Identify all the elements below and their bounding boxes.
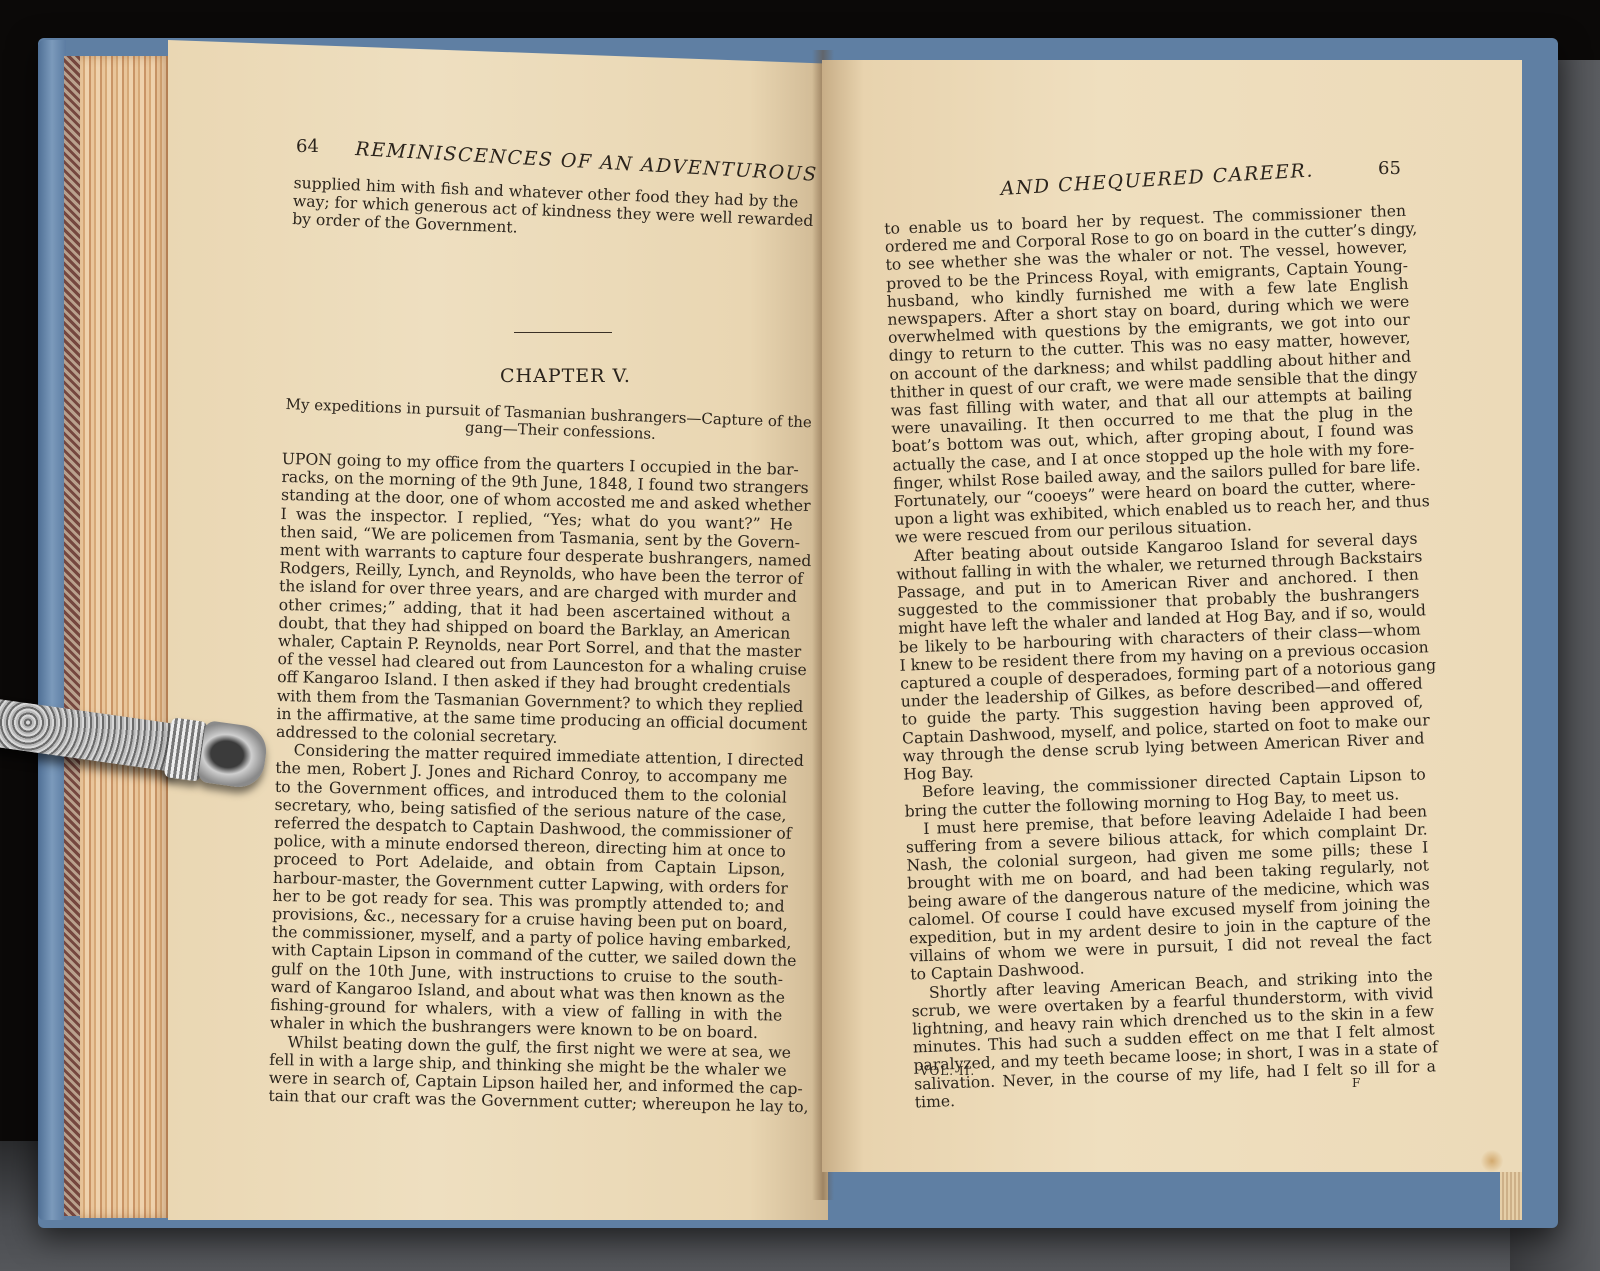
right-page: AND CHEQUERED CAREER. 65 to enable us to… (822, 60, 1522, 1172)
bookmark-engraved-shaft (0, 698, 181, 772)
page-number-left: 64 (296, 136, 319, 157)
running-head-right: AND CHEQUERED CAREER. (1000, 159, 1314, 200)
chapter-summary: My expeditions in pursuit of Tasmanian b… (285, 396, 812, 448)
left-page: 64 REMINISCENCES OF AN ADVENTUROUS suppl… (168, 40, 828, 1220)
foxing-stain (1480, 1150, 1504, 1172)
signature-mark: F (1352, 1076, 1361, 1090)
section-rule (514, 332, 612, 333)
page-number-right: 65 (1378, 158, 1401, 179)
page-edges-left (80, 56, 170, 1218)
left-page-body: UPON going to my office from the quarter… (268, 450, 794, 1116)
bookmark-hand-icon (197, 720, 269, 790)
photo-scene: 64 REMINISCENCES OF AN ADVENTUROUS suppl… (0, 0, 1600, 1271)
book-spine-edge (38, 40, 66, 1220)
continuation-paragraph: supplied him with fish and whatever othe… (292, 174, 799, 248)
chapter-title: CHAPTER V. (500, 365, 631, 387)
volume-footer: VOL. II. (920, 1064, 975, 1078)
right-page-body: to enable us to board her by request. Th… (884, 202, 1437, 1112)
